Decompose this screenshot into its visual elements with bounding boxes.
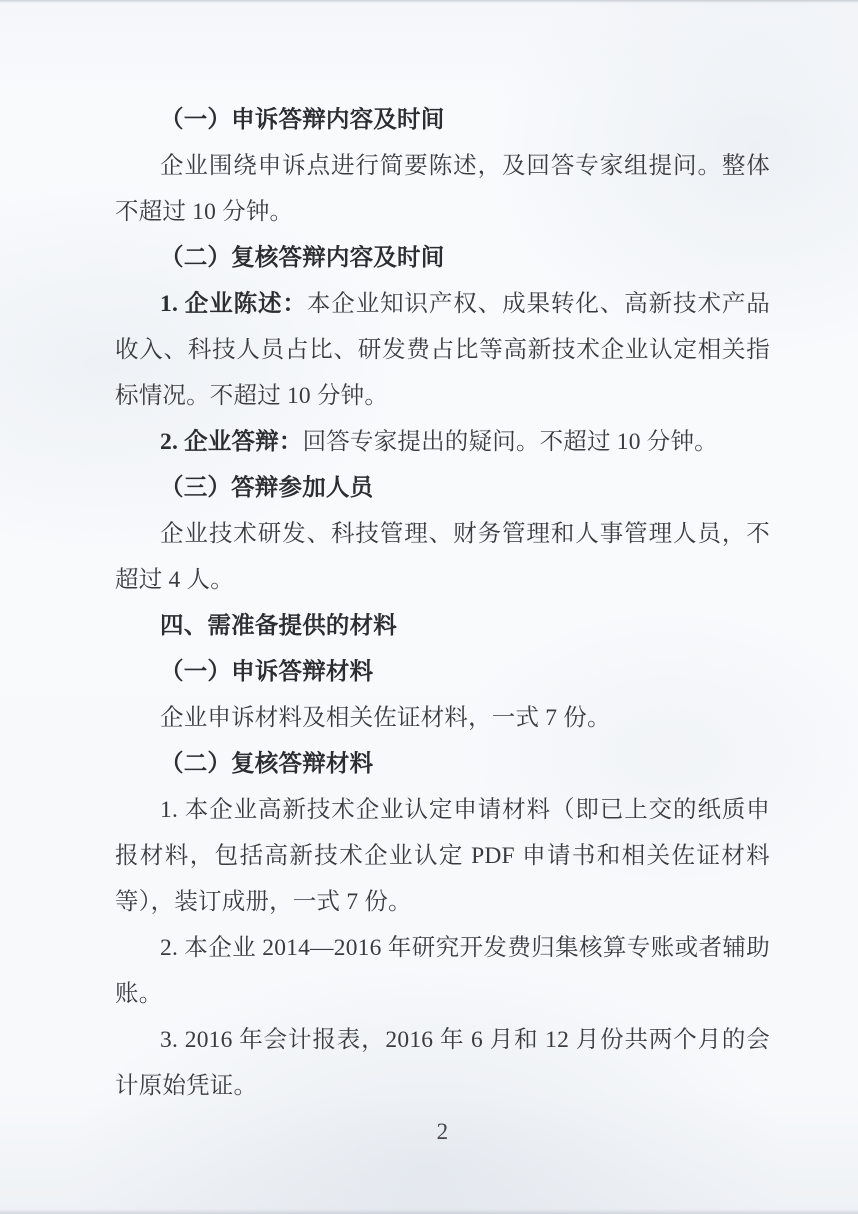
paragraph-appeal-defense-content: 企业围绕申诉点进行简要陈述，及回答专家组提问。整体不超过 10 分钟。	[115, 143, 770, 235]
page-number: 2	[115, 1109, 770, 1155]
paragraph-label-enterprise-statement: 1. 企业陈述：	[160, 291, 307, 317]
paragraph-enterprise-reply: 2. 企业答辩：回答专家提出的疑问。不超过 10 分钟。	[115, 419, 770, 465]
paragraph-material-item-3: 3. 2016 年会计报表，2016 年 6 月和 12 月份共两个月的会计原始…	[115, 1017, 770, 1109]
paragraph-label-enterprise-reply: 2. 企业答辩：	[160, 429, 303, 455]
paragraph-appeal-defense-materials: 企业申诉材料及相关佐证材料，一式 7 份。	[115, 695, 770, 741]
heading-review-defense-materials: （二）复核答辩材料	[115, 741, 770, 787]
paragraph-text-enterprise-reply: 回答专家提出的疑问。不超过 10 分钟。	[303, 429, 718, 455]
heading-materials-to-prepare: 四、需准备提供的材料	[115, 603, 770, 649]
scanned-document-page: （一）申诉答辩内容及时间 企业围绕申诉点进行简要陈述，及回答专家组提问。整体不超…	[0, 0, 858, 1214]
heading-review-defense-content-time: （二）复核答辩内容及时间	[115, 235, 770, 281]
heading-appeal-defense-content-time: （一）申诉答辩内容及时间	[115, 97, 770, 143]
paragraph-enterprise-statement: 1. 企业陈述：本企业知识产权、成果转化、高新技术产品收入、科技人员占比、研发费…	[115, 281, 770, 419]
heading-defense-participants: （三）答辩参加人员	[115, 465, 770, 511]
paragraph-material-item-2: 2. 本企业 2014—2016 年研究开发费归集核算专账或者辅助账。	[115, 925, 770, 1017]
page-content: （一）申诉答辩内容及时间 企业围绕申诉点进行简要陈述，及回答专家组提问。整体不超…	[0, 0, 858, 1155]
paragraph-defense-participants: 企业技术研发、科技管理、财务管理和人事管理人员，不超过 4 人。	[115, 511, 770, 603]
scan-edge-bottom	[0, 1209, 858, 1214]
heading-appeal-defense-materials: （一）申诉答辩材料	[115, 649, 770, 695]
paragraph-material-item-1: 1. 本企业高新技术企业认定申请材料（即已上交的纸质申报材料，包括高新技术企业认…	[115, 787, 770, 925]
